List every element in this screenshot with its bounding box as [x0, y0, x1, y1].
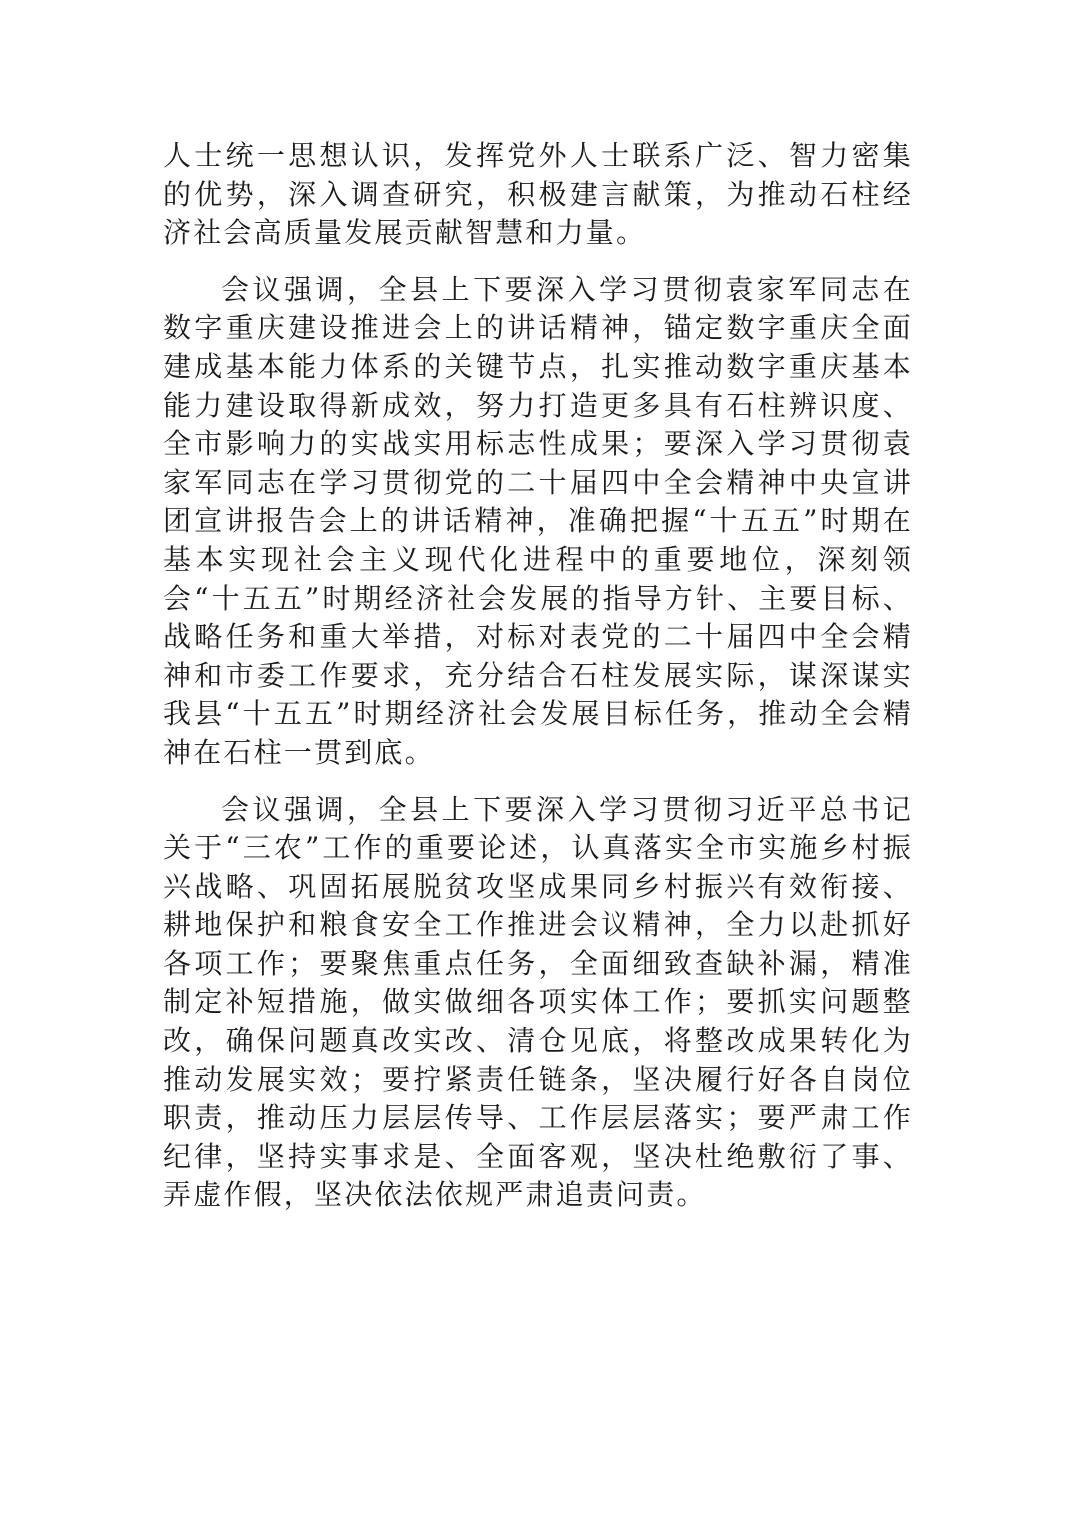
paragraph-digital-chongqing: 会议强调，全县上下要深入学习贯彻袁家军同志在数字重庆建设推进会上的讲话精神，锚定… [163, 271, 913, 773]
paragraph-rural-revitalization: 会议强调，全县上下要深入学习贯彻习近平总书记关于“三农”工作的重要论述，认真落实… [163, 791, 913, 1216]
paragraph-continuation: 人士统一思想认识，发挥党外人士联系广泛、智力密集的优势，深入调查研究，积极建言献… [163, 137, 913, 253]
document-page: 人士统一思想认识，发挥党外人士联系广泛、智力密集的优势，深入调查研究，积极建言献… [163, 137, 913, 1233]
